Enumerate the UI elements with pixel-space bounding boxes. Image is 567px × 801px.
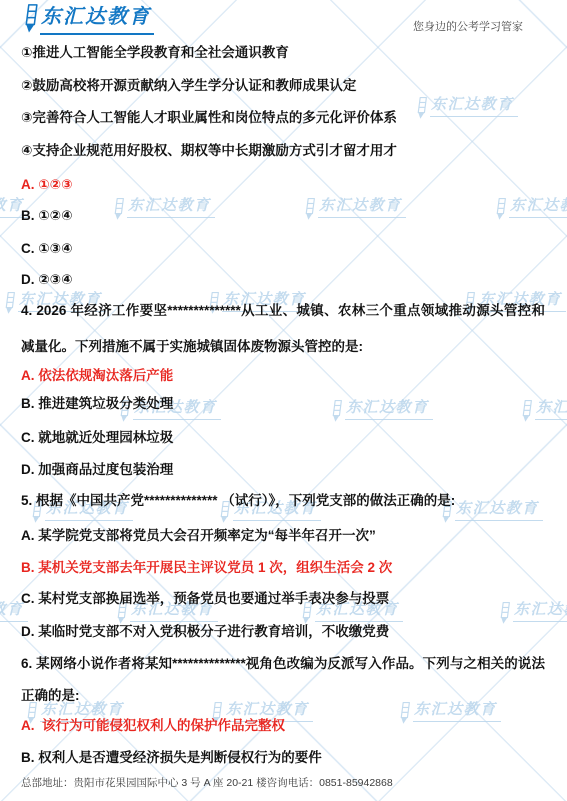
- q5-option-d: D. 某临时党支部不对入党积极分子进行教育培训，不收缴党费: [21, 624, 545, 640]
- statement-2: ②鼓励高校将开源贡献纳入学生学分认证和教师成果认定: [21, 78, 545, 94]
- logo-text: 东汇达教育: [40, 3, 154, 35]
- q3-option-b: B. ①②④: [21, 208, 545, 224]
- pencil-icon: [22, 3, 39, 34]
- q6-option-a: A. 该行为可能侵犯权利人的保护作品完整权: [21, 718, 545, 734]
- q4-option-c: C. 就地就近处理园林垃圾: [21, 430, 545, 446]
- q6-option-b: B. 权利人是否遭受经济损失是判断侵权行为的要件: [21, 750, 545, 766]
- q5-option-c: C. 某村党支部换届选举，预备党员也要通过举手表决参与投票: [21, 591, 545, 607]
- q5-text: 5. 根据《中国共产党************** （试行）》，下列党支部的做法…: [21, 493, 545, 509]
- q4-text-line2: 减量化。下列措施不属于实施城镇固体废物源头管控的是:: [21, 339, 545, 355]
- q4-option-b: B. 推进建筑垃圾分类处理: [21, 396, 545, 412]
- statement-4: ④支持企业规范用好股权、期权等中长期激励方式引才留才用才: [21, 143, 545, 159]
- footer-address: 总部地址：贵阳市花果园国际中心 3 号 A 座 20-21 楼咨询电话：0851…: [21, 775, 561, 790]
- q6-text-line2: 正确的是:: [21, 688, 545, 704]
- page: 东汇达教育东汇达教育东汇达教育东汇达教育东汇达教育东汇达教育东汇达教育东汇达教育…: [0, 0, 567, 801]
- q4-text-line1: 4. 2026 年经济工作要坚**************从工业、城镇、农林三个…: [21, 303, 545, 319]
- q6-text-line1: 6. 某网络小说作者将某知**************视角色改编为反派写入作品。…: [21, 656, 545, 672]
- tagline: 您身边的公考学习管家: [413, 18, 523, 34]
- statement-3: ③完善符合人工智能人才职业属性和岗位特点的多元化评价体系: [21, 110, 545, 126]
- q4-option-d: D. 加强商品过度包装治理: [21, 462, 545, 478]
- statement-1: ①推进人工智能全学段教育和全社会通识教育: [21, 45, 545, 61]
- q3-option-c: C. ①③④: [21, 241, 545, 257]
- q3-option-d: D. ②③④: [21, 272, 545, 288]
- q3-option-a: A. ①②③: [21, 177, 545, 193]
- brand-logo: 东汇达教育: [22, 3, 154, 35]
- q5-option-b: B. 某机关党支部去年开展民主评议党员 1 次，组织生活会 2 次: [21, 560, 545, 576]
- content: 东汇达教育 您身边的公考学习管家 ①推进人工智能全学段教育和全社会通识教育 ②鼓…: [0, 0, 567, 801]
- q4-option-a: A. 依法依规淘汰落后产能: [21, 368, 545, 384]
- q5-option-a: A. 某学院党支部将党员大会召开频率定为“每半年召开一次”: [21, 528, 545, 544]
